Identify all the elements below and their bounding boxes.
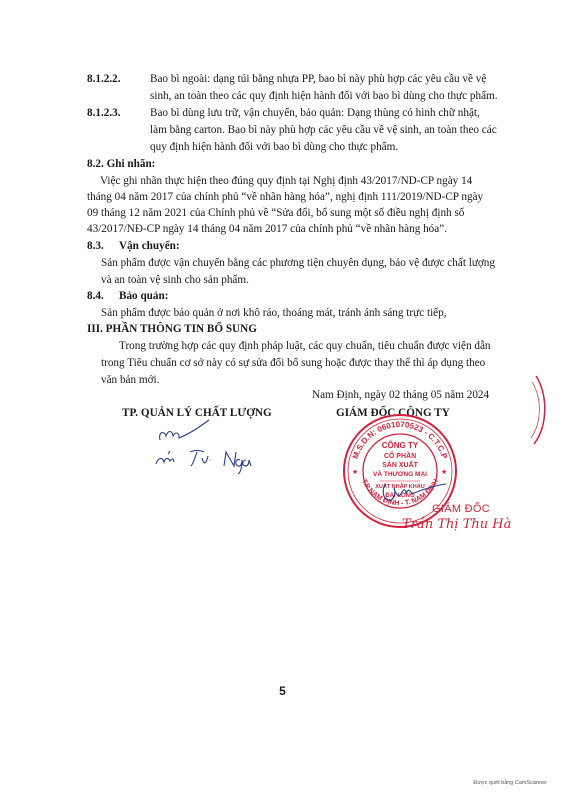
place-date: Nam Định, ngày 02 tháng 05 năm 2024 bbox=[312, 387, 489, 403]
section-8-3-heading: Vận chuyển: bbox=[119, 238, 180, 254]
svg-text:★: ★ bbox=[441, 468, 447, 476]
section-8-1-2-2-line: sinh, an toàn theo các quy định hiện hàn… bbox=[150, 88, 498, 104]
document-page: 8.1.2.2. Bao bì ngoài: dạng túi bằng nhự… bbox=[0, 0, 565, 800]
section-3-heading: III. PHẦN THÔNG TIN BỔ SUNG bbox=[87, 321, 257, 337]
stamp-line: XUẤT NHẬP KHẨU bbox=[375, 483, 424, 490]
section-8-2-heading: 8.2. Ghi nhãn: bbox=[87, 156, 155, 172]
page-number: 5 bbox=[0, 684, 565, 698]
section-8-3-line: Sản phẩm được vận chuyển bằng các phương… bbox=[101, 255, 495, 271]
stamp-line: CỔ PHẦN bbox=[384, 450, 416, 460]
director-name: Trần Thị Thu Hà bbox=[402, 517, 511, 532]
section-8-2-line: Việc ghi nhãn thực hiện theo đúng quy đị… bbox=[100, 173, 472, 189]
section-3-line: Trong trường hợp các quy định pháp luật,… bbox=[119, 338, 491, 354]
section-8-2-line: 09 tháng 12 năm 2021 của Chính phủ về “S… bbox=[87, 205, 464, 221]
section-8-1-2-3-line: làm bằng carton. Bao bì này phù hợp các … bbox=[150, 122, 497, 138]
section-8-2-line: 43/2017/NĐ-CP ngày 14 tháng 04 năm 2017 … bbox=[87, 221, 447, 237]
stamp-line: VÀ THƯƠNG MẠI bbox=[373, 469, 427, 478]
section-number-8-4: 8.4. bbox=[87, 288, 104, 304]
section-3-line: văn bản mới. bbox=[101, 372, 159, 388]
section-8-2-line: tháng 04 năm 2017 của chính phủ “về nhãn… bbox=[87, 189, 483, 205]
section-8-4-line: Sản phẩm được bảo quản ở nơi khô ráo, th… bbox=[101, 305, 447, 321]
section-8-4-heading: Bảo quản: bbox=[119, 288, 168, 304]
section-number-8-1-2-3: 8.1.2.3. bbox=[87, 105, 121, 121]
section-8-1-2-3-line: Bao bì dùng lưu trữ, vận chuyển, bảo quả… bbox=[150, 105, 480, 121]
scanner-watermark: Được quét bằng CamScanner bbox=[473, 780, 547, 786]
stamp-line: SẢN XUẤT bbox=[382, 459, 419, 469]
section-8-1-2-2-line: Bao bì ngoài: dạng túi bằng nhựa PP, bao… bbox=[150, 71, 486, 87]
section-8-1-2-3-line: quy định hiện hành đối với bao bì dùng c… bbox=[150, 139, 398, 155]
quality-manager-signature bbox=[150, 418, 260, 478]
director-label: GIÁM ĐỐC bbox=[432, 503, 490, 515]
section-3-line: trong Tiêu chuẩn cơ sở này có sự sửa đổi… bbox=[101, 355, 485, 371]
stamp-line: ĐẠI LONG bbox=[385, 493, 415, 499]
stamp-line: CÔNG TY bbox=[382, 441, 419, 450]
section-number-8-3: 8.3. bbox=[87, 238, 104, 254]
section-8-3-line: và an toàn vệ sinh cho sản phẩm. bbox=[101, 272, 249, 288]
svg-text:★: ★ bbox=[352, 468, 358, 476]
partial-stamp-edge bbox=[530, 370, 560, 450]
section-number-8-1-2-2: 8.1.2.2. bbox=[87, 71, 121, 87]
